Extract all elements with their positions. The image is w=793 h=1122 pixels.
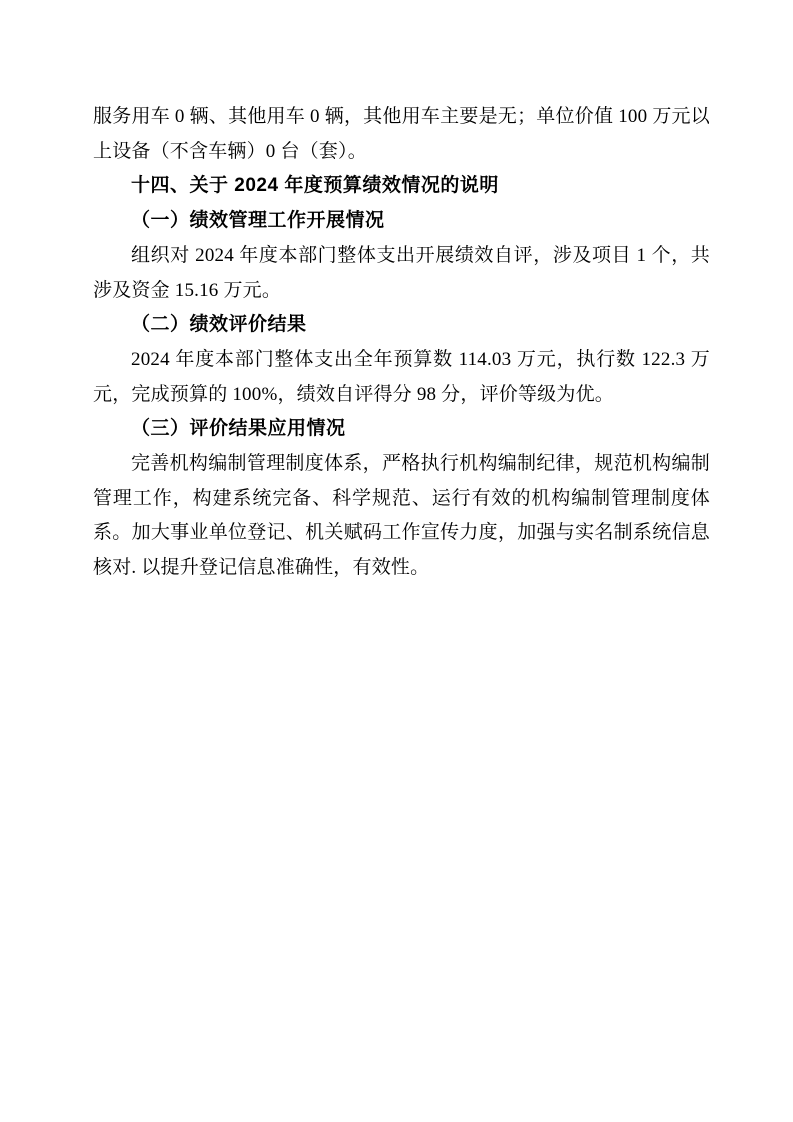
body-line: 组织对 2024 年度本部门整体支出开展绩效自评，涉及项目 1 个，共: [93, 239, 710, 274]
body-line: 核对. 以提升登记信息准确性，有效性。: [93, 551, 710, 586]
body-line: 系。加大事业单位登记、机关赋码工作宣传力度，加强与实名制系统信息: [93, 516, 710, 551]
subsection-heading: （一）绩效管理工作开展情况: [93, 204, 710, 239]
body-line: 元，完成预算的 100%，绩效自评得分 98 分，评价等级为优。: [93, 378, 710, 413]
body-line: 服务用车 0 辆、其他用车 0 辆，其他用车主要是无；单位价值 100 万元以: [93, 100, 710, 135]
body-line: 2024 年度本部门整体支出全年预算数 114.03 万元，执行数 122.3 …: [93, 343, 710, 378]
subsection-heading: （二）绩效评价结果: [93, 308, 710, 343]
document-text-block: 服务用车 0 辆、其他用车 0 辆，其他用车主要是无；单位价值 100 万元以 …: [93, 100, 710, 586]
body-line: 上设备（不含车辆）0 台（套）。: [93, 135, 710, 170]
body-line: 管理工作，构建系统完备、科学规范、运行有效的机构编制管理制度体: [93, 482, 710, 517]
body-line: 涉及资金 15.16 万元。: [93, 274, 710, 309]
section-heading: 十四、关于 2024 年度预算绩效情况的说明: [93, 169, 710, 204]
subsection-heading: （三）评价结果应用情况: [93, 412, 710, 447]
body-line: 完善机构编制管理制度体系，严格执行机构编制纪律，规范机构编制: [93, 447, 710, 482]
document-page: 服务用车 0 辆、其他用车 0 辆，其他用车主要是无；单位价值 100 万元以 …: [0, 0, 793, 1122]
